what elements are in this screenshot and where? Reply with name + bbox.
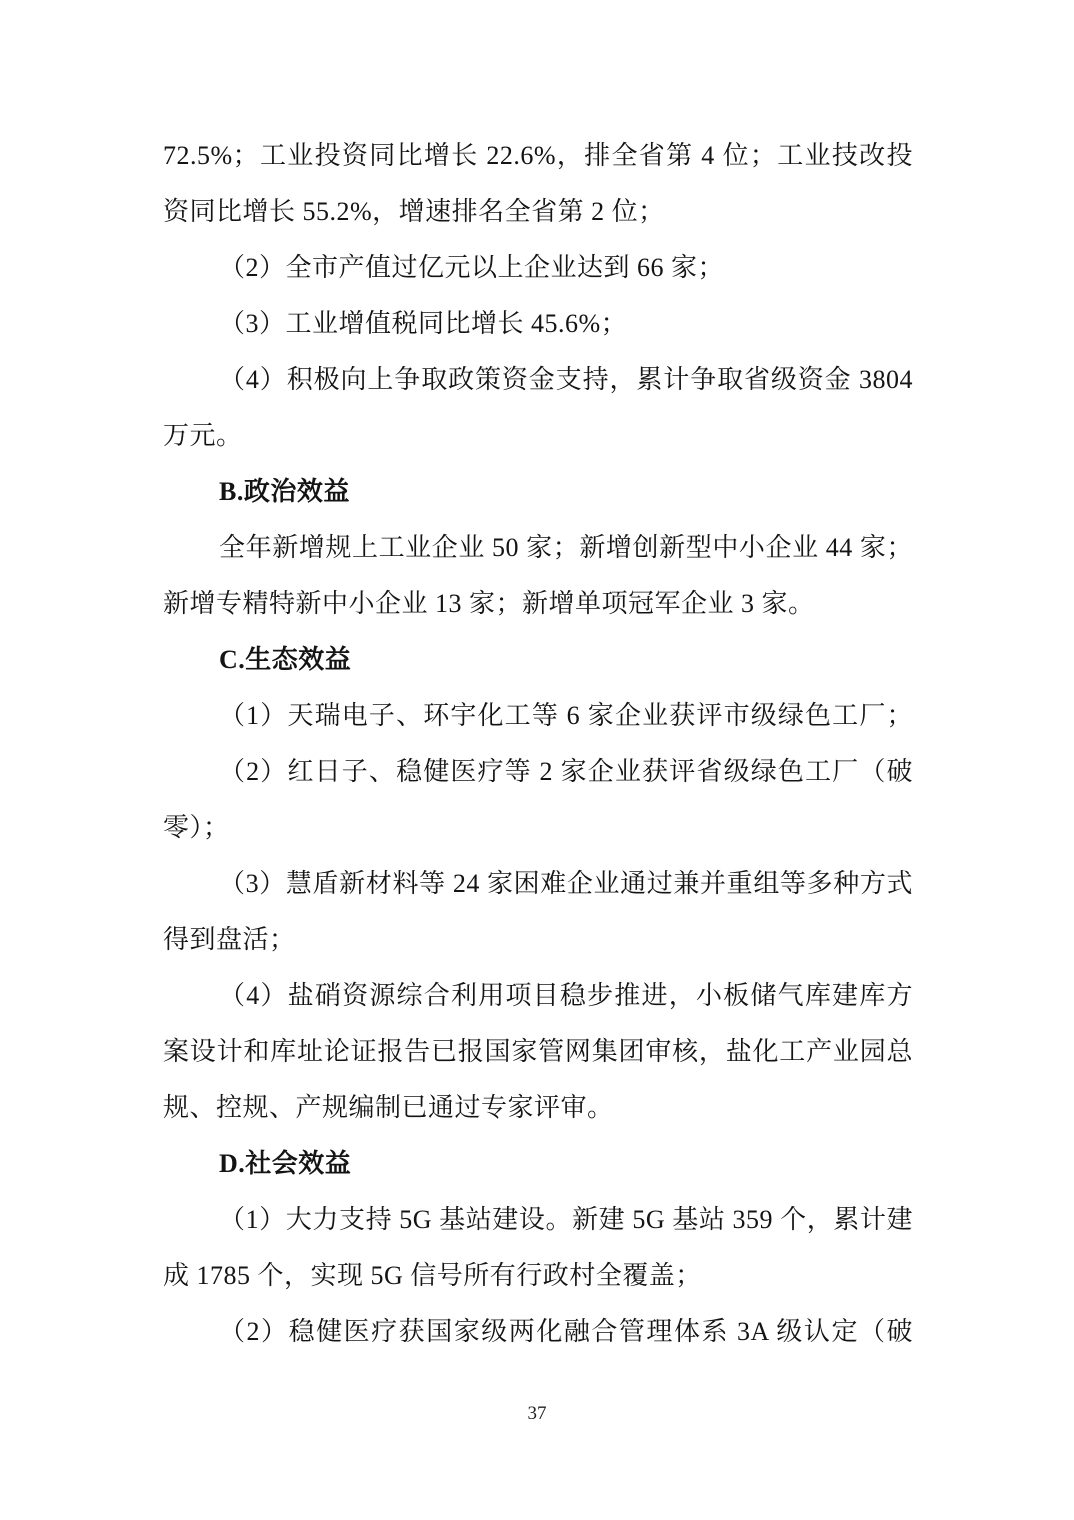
body-line: 新增专精特新中小企业 13 家；新增单项冠军企业 3 家。 (163, 576, 913, 632)
body-line: 案设计和库址论证报告已报国家管网集团审核，盐化工产业园总 (163, 1024, 913, 1080)
text-block: 72.5%；工业投资同比增长 22.6%，排全省第 4 位；工业技改投 资同比增… (163, 128, 913, 1360)
body-line: （4）积极向上争取政策资金支持，累计争取省级资金 3804 (163, 352, 913, 408)
body-line: 72.5%；工业投资同比增长 22.6%，排全省第 4 位；工业技改投 (163, 128, 913, 184)
body-line: （2）稳健医疗获国家级两化融合管理体系 3A 级认定（破 (163, 1304, 913, 1360)
body-line: （4）盐硝资源综合利用项目稳步推进，小板储气库建库方 (163, 968, 913, 1024)
body-line: （1）大力支持 5G 基站建设。新建 5G 基站 359 个，累计建 (163, 1192, 913, 1248)
body-line: 规、控规、产规编制已通过专家评审。 (163, 1080, 913, 1136)
body-line: 零）； (163, 800, 913, 856)
body-line: 全年新增规上工业企业 50 家；新增创新型中小企业 44 家； (163, 520, 913, 576)
section-heading-b: B.政治效益 (163, 464, 913, 520)
body-line: （3）慧盾新材料等 24 家困难企业通过兼并重组等多种方式 (163, 856, 913, 912)
section-heading-d: D.社会效益 (163, 1136, 913, 1192)
body-line: 成 1785 个，实现 5G 信号所有行政村全覆盖； (163, 1248, 913, 1304)
body-line: （3）工业增值税同比增长 45.6%； (163, 296, 913, 352)
document-page: 72.5%；工业投资同比增长 22.6%，排全省第 4 位；工业技改投 资同比增… (0, 0, 1074, 1520)
body-line: （2）红日子、稳健医疗等 2 家企业获评省级绿色工厂（破 (163, 744, 913, 800)
body-line: 万元。 (163, 408, 913, 464)
body-line: 得到盘活； (163, 912, 913, 968)
page-number: 37 (0, 1398, 1074, 1430)
body-line: 资同比增长 55.2%，增速排名全省第 2 位； (163, 184, 913, 240)
body-line: （1）天瑞电子、环宇化工等 6 家企业获评市级绿色工厂； (163, 688, 913, 744)
body-line: （2）全市产值过亿元以上企业达到 66 家； (163, 240, 913, 296)
section-heading-c: C.生态效益 (163, 632, 913, 688)
